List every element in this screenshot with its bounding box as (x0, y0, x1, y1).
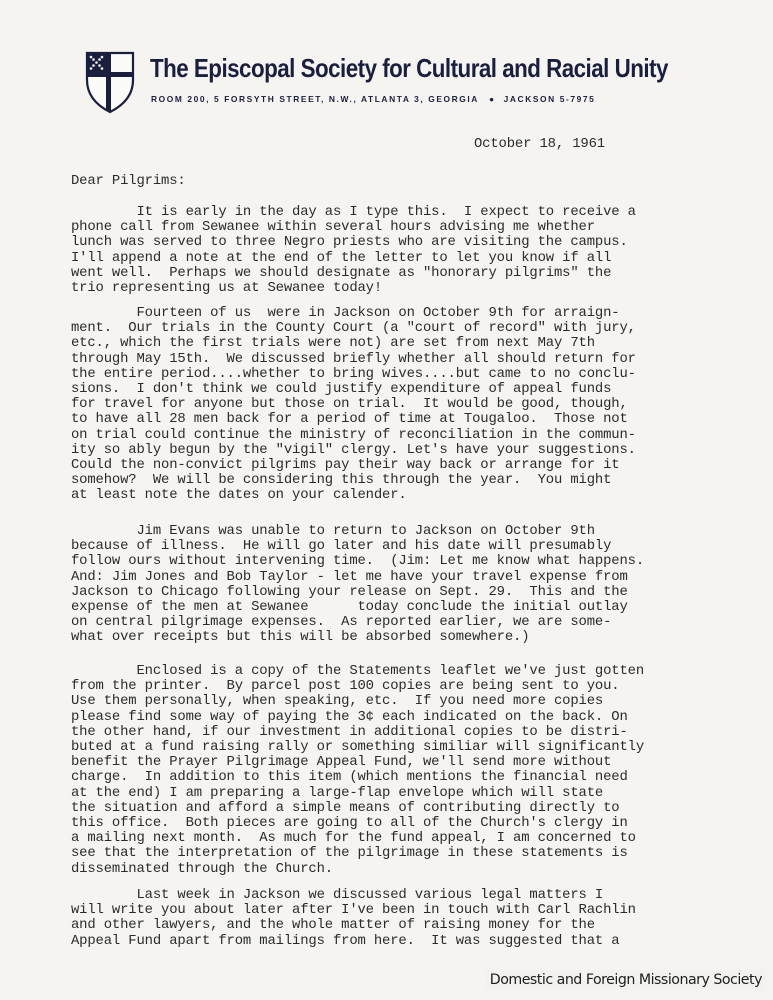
text-line: the other hand, if our investment in add… (71, 725, 644, 740)
text-line: at the end) I am preparing a large-flap … (71, 786, 644, 801)
paragraph-trials: Fourteen of us were in Jackson on Octobe… (71, 306, 636, 504)
text-line: on central pilgrimage expenses. As repor… (71, 615, 644, 630)
salutation: Dear Pilgrims: (71, 174, 186, 189)
text-line: Appeal Fund apart from mailings from her… (71, 934, 636, 949)
text-line: somehow? We will be considering this thr… (71, 473, 636, 488)
text-line: the situation and afford a simple means … (71, 801, 644, 816)
paragraph-jim-evans: Jim Evans was unable to return to Jackso… (71, 524, 644, 646)
text-line: Fourteen of us were in Jackson on Octobe… (71, 306, 636, 321)
text-line: the entire period....whether to bring wi… (71, 367, 636, 382)
text-line: for travel for anyone but those on trial… (71, 397, 636, 412)
text-line: please find some way of paying the 3¢ ea… (71, 710, 644, 725)
text-line: Use them personally, when speaking, etc.… (71, 694, 644, 709)
paragraph-sewanee-lunch: It is early in the day as I type this. I… (71, 205, 636, 296)
text-line: ment. Our trials in the County Court (a … (71, 321, 636, 336)
text-line: sions. I don't think we could justify ex… (71, 382, 636, 397)
text-line: It is early in the day as I type this. I… (71, 205, 636, 220)
text-line: expense of the men at Sewanee today conc… (71, 600, 644, 615)
text-line: through May 15th. We discussed briefly w… (71, 352, 636, 367)
text-line: Last week in Jackson we discussed variou… (71, 888, 636, 903)
letter-date: October 18, 1961 (474, 137, 605, 152)
text-line: from the printer. By parcel post 100 cop… (71, 679, 644, 694)
organization-address: ROOM 200, 5 FORSYTH STREET, N.W., ATLANT… (151, 94, 479, 104)
text-line: Jim Evans was unable to return to Jackso… (71, 524, 644, 539)
text-line: what over receipts but this will be abso… (71, 630, 644, 645)
text-line: charge. In addition to this item (which … (71, 770, 644, 785)
text-line: I'll append a note at the end of the let… (71, 251, 636, 266)
episcopal-shield-icon (84, 50, 136, 114)
text-line: benefit the Prayer Pilgrimage Appeal Fun… (71, 755, 644, 770)
text-line: and other lawyers, and the whole matter … (71, 918, 636, 933)
text-line: Enclosed is a copy of the Statements lea… (71, 664, 644, 679)
paragraph-legal-matters: Last week in Jackson we discussed variou… (71, 888, 636, 949)
letter-page: The Episcopal Society for Cultural and R… (0, 0, 773, 1000)
text-line: ity so ably begun by the "vigil" clergy.… (71, 443, 636, 458)
text-line: went well. Perhaps we should designate a… (71, 266, 636, 281)
text-line: at least note the dates on your calender… (71, 488, 636, 503)
archive-credit: Domestic and Foreign Missionary Society (486, 970, 766, 990)
text-line: follow ours without intervening time. (J… (71, 554, 644, 569)
text-line: a mailing next month. As much for the fu… (71, 831, 644, 846)
text-line: buted at a fund raising rally or somethi… (71, 740, 644, 755)
text-line: Jackson to Chicago following your releas… (71, 585, 644, 600)
text-line: this office. Both pieces are going to al… (71, 816, 644, 831)
organization-name: The Episcopal Society for Cultural and R… (150, 53, 668, 84)
text-line: etc., which the first trials were not) a… (71, 336, 636, 351)
text-line: see that the interpretation of the pilgr… (71, 846, 644, 861)
text-line: trio representing us at Sewanee today! (71, 281, 636, 296)
bullet-separator: ● (489, 94, 496, 104)
text-line: Could the non-convict pilgrims pay their… (71, 458, 636, 473)
paragraph-statements-leaflet: Enclosed is a copy of the Statements lea… (71, 664, 644, 877)
text-line: to have all 28 men back for a period of … (71, 412, 636, 427)
text-line: phone call from Sewanee within several h… (71, 220, 636, 235)
organization-address-line: ROOM 200, 5 FORSYTH STREET, N.W., ATLANT… (151, 94, 595, 104)
text-line: lunch was served to three Negro priests … (71, 235, 636, 250)
organization-phone: JACKSON 5-7975 (504, 94, 596, 104)
text-line: will write you about later after I've be… (71, 903, 636, 918)
text-line: disseminated through the Church. (71, 862, 644, 877)
text-line: And: Jim Jones and Bob Taylor - let me h… (71, 570, 644, 585)
letterhead: The Episcopal Society for Cultural and R… (84, 50, 724, 120)
text-line: on trial could continue the ministry of … (71, 428, 636, 443)
text-line: because of illness. He will go later and… (71, 539, 644, 554)
